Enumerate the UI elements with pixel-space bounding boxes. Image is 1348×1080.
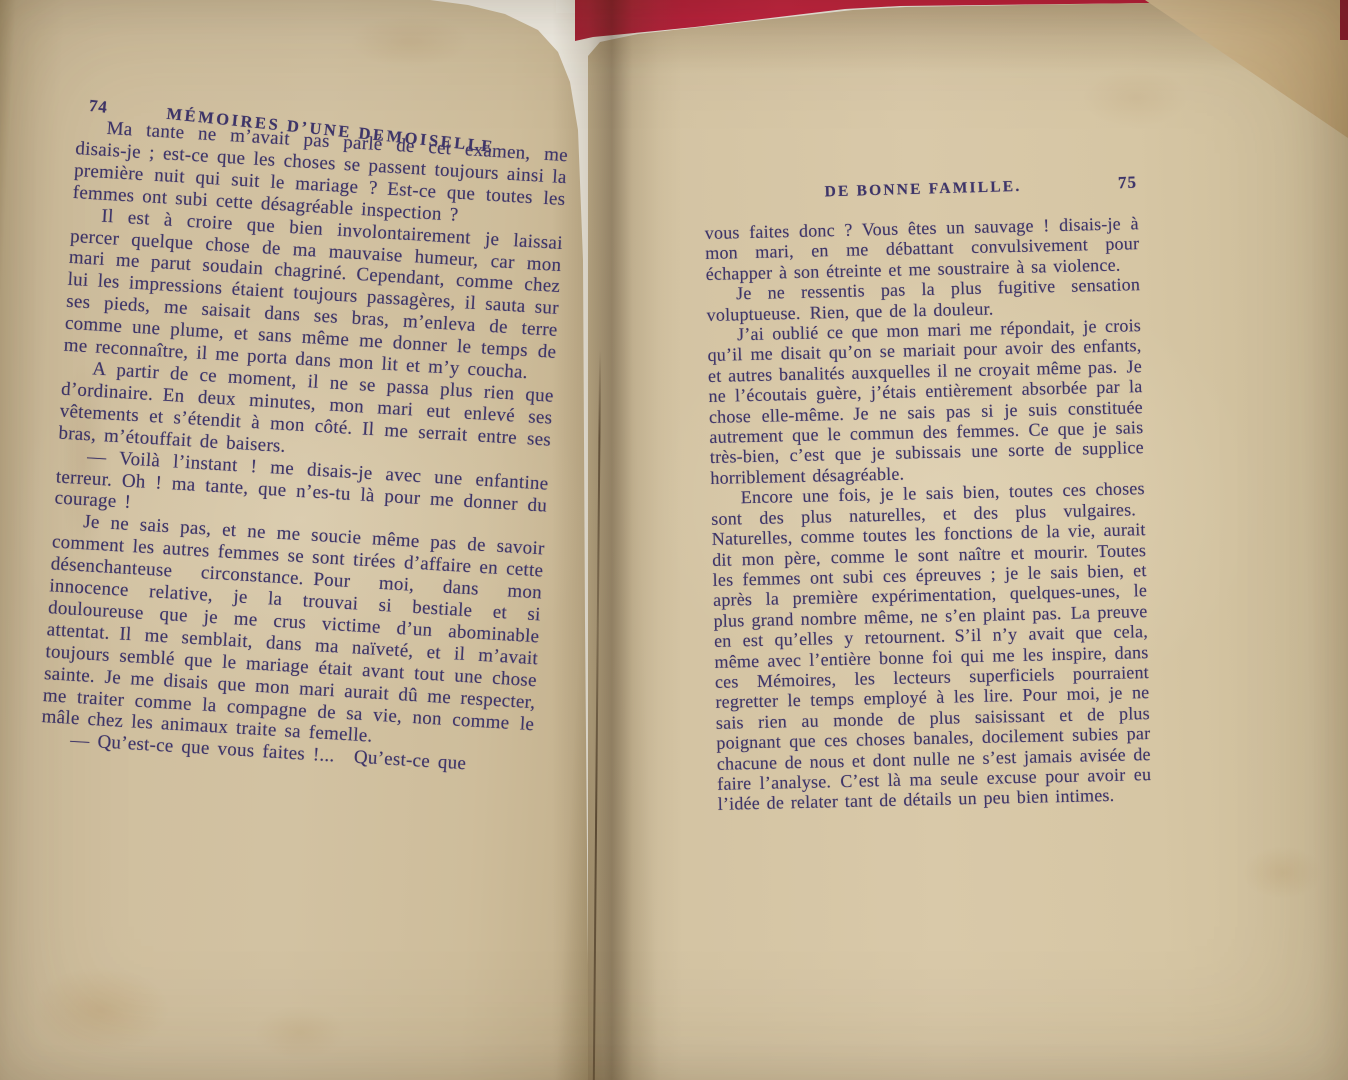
cover-edge-sliver xyxy=(1340,0,1348,40)
right-page-text: vous faites donc ? Vous êtes un sauvage … xyxy=(705,213,1152,814)
paragraph: vous faites donc ? Vous êtes un sauvage … xyxy=(705,213,1140,284)
book-photo: 74 MÉMOIRES D’UNE DEMOISELLE Ma tante ne… xyxy=(0,0,1348,1080)
paragraph: Je ne sais pas, et ne me soucie même pas… xyxy=(41,510,545,758)
left-page-text: Ma tante ne m’avait pas parlé de cet exa… xyxy=(40,116,569,779)
right-page-number: 75 xyxy=(1091,173,1138,194)
paragraph: Encore une fois, je le sais bien, toutes… xyxy=(711,478,1152,814)
paragraph: Il est à croire que bien involontairemen… xyxy=(63,204,563,386)
paragraph: J’ai oublié ce que mon mari me répondait… xyxy=(707,315,1145,488)
